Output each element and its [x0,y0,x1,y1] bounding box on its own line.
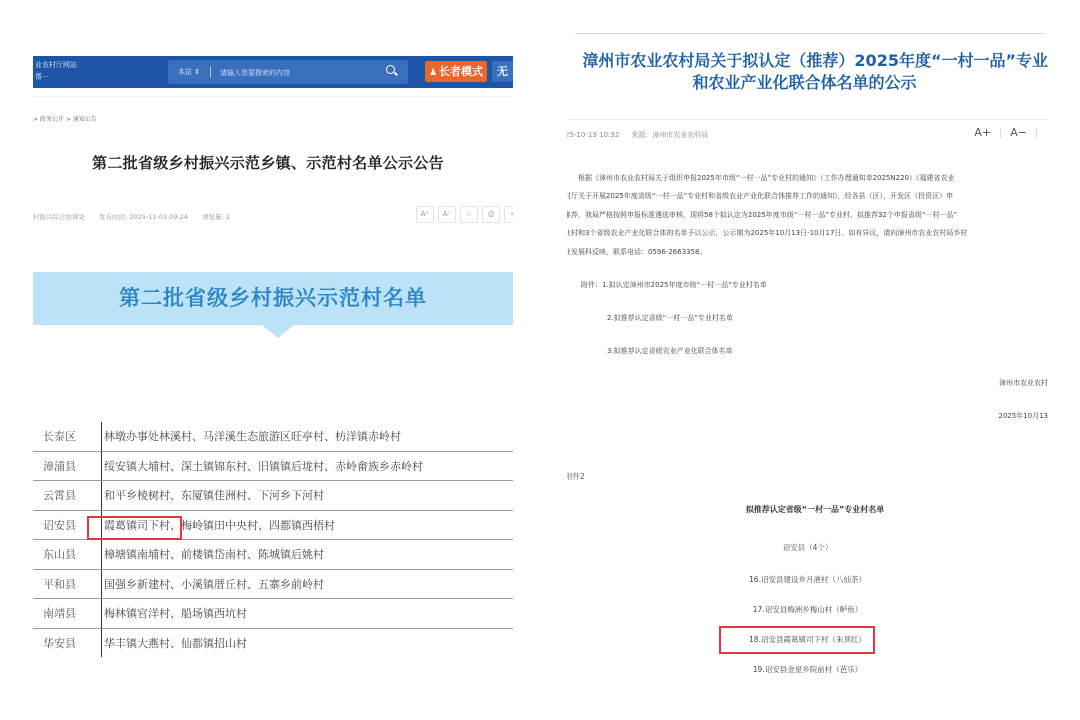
banner-title: 第二批省级乡村振兴示范村名单 [33,272,513,325]
article-meta: 村振兴综合协调处 发布时间: 2025-11-03 09:24 浏览量: 2 [33,212,242,221]
notice-meta: 25-10-13 10:32 来源：漳州市农业农村局 [567,130,718,140]
breadcrumb[interactable]: > 政务公开 > 通知公告 [33,114,97,123]
attachment-link-2[interactable]: 2.拟推荐认定省级“一村一品”专业村名单 [607,313,733,323]
county-cell: 华安县 [33,628,102,657]
county-cell: 平和县 [33,569,102,599]
villages-cell: 绥安镇大埔村、深土镇锦东村、旧镇镇后垅村、赤岭畲族乡赤岭村 [102,451,514,481]
font-decrease-icon[interactable]: A⁻ [438,206,456,223]
notice-body: 根据《漳州市农业农村局关于组织申报2025年市级“一村一品”专业村的通知》（工作… [567,169,1048,261]
table-row: 平和县国强乡新建村、小溪镇厝丘村、五寨乡前岭村 [33,569,513,599]
notice-title: 漳州市农业农村局关于拟认定（推荐）2025年度“一村一品”专业 和农业产业化联合… [567,50,1048,94]
font-increase-button[interactable]: A+ [974,126,991,139]
annex-title: 拟推荐认定省级“一村一品”专业村名单 [567,504,1048,515]
body-line: 根据《漳州市农业农村局关于组织申报2025年市级“一村一品”专业村的通知》（工作… [567,169,1048,187]
table-row: 长泰区林墩办事处林溪村、马洋溪生态旅游区旺亭村、枋洋镇赤岭村 [33,422,513,451]
favorite-star-icon[interactable]: ☆ [460,206,478,223]
article-source: 村振兴综合协调处 [33,213,85,221]
search-input[interactable] [218,62,372,84]
villages-cell: 樟塘镇南埔村、前楼镇岱南村、陈城镇后姚村 [102,540,514,570]
font-size-tools: A+|A−| [974,126,1046,139]
barrier-free-button[interactable]: 无 [492,61,513,82]
table-row: 南靖县梅林镇官洋村、船场镇西坑村 [33,599,513,629]
signature-org: 漳州市农业农村 [999,378,1048,388]
table-row: 华安县华丰镇大燕村、仙都镇招山村 [33,628,513,657]
county-cell: 东山县 [33,540,102,570]
annex-list-item: 17.诏安县梅洲乡梅山村（鲈鱼） [567,604,1048,615]
share-icon[interactable]: < [504,206,513,223]
attachment-link-1[interactable]: 附件：1.拟认定漳州市2025年度市级“一村一品”专业村名单 [581,280,767,290]
county-cell: 长泰区 [33,422,102,451]
villages-cell: 国强乡新建村、小溪镇厝丘村、五寨乡前岭村 [102,569,514,599]
body-line: 村厅关于开展2025年度省级“一村一品”专业村和省级农业产业化联合体推荐工作的通… [567,187,1048,205]
search-divider [210,66,211,78]
notice-datetime: 25-10-13 10:32 [567,131,619,139]
attachment-link-3[interactable]: 3.拟推荐认定省级农业产业化联合体名单 [607,346,733,356]
body-line: 业发展科反映，联系电话：0596-2663358。 [567,243,1048,261]
county-cell: 漳浦县 [33,451,102,481]
view-count: 浏览量: 2 [202,213,230,221]
divider [575,33,1045,34]
annex-list-item: 19.诏安县金星乡院前村（芭乐） [567,664,1048,675]
county-cell: 南靖县 [33,599,102,629]
table-row: 云霄县和平乡棱树村、东厦镇佳洲村、下河乡下河村 [33,481,513,511]
village-table: 长泰区林墩办事处林溪村、马洋溪生态旅游区旺亭村、枋洋镇赤岭村漳浦县绥安镇大埔村、… [33,422,513,657]
divider [33,96,513,97]
villages-cell: 梅林镇官洋村、船场镇西坑村 [102,599,514,629]
divider [567,119,1048,120]
site-header-bar: 业农村厅网站 帮一 本站 ⇕ ♟长者模式 无 [33,56,513,88]
villages-cell: 霞葛镇司下村、梅岭镇田中央村、四都镇西梧村 [102,510,514,540]
table-row: 漳浦县绥安镇大埔村、深土镇锦东村、旧镇镇后垅村、赤岭畲族乡赤岭村 [33,451,513,481]
elder-mode-button[interactable]: ♟长者模式 [425,61,487,82]
search-box: 本站 ⇕ [168,60,408,84]
body-line: 业村和3个省级农业产业化联合体的名单予以公示，公示期为2025年10月13日-1… [567,224,1048,242]
list-banner: 第二批省级乡村振兴示范村名单 [33,272,513,325]
site-name[interactable]: 业农村厅网站 帮一 [35,59,77,83]
county-cell: 云霄县 [33,481,102,511]
right-screenshot-panel: 漳州市农业农村局关于拟认定（推荐）2025年度“一村一品”专业 和农业产业化联合… [567,20,1048,700]
person-icon: ♟ [429,68,437,78]
divider: | [999,129,1002,139]
annex-label: 附件2 [567,471,585,482]
county-cell: 诏安县 [33,510,102,540]
left-screenshot-panel: 业农村厅网站 帮一 本站 ⇕ ♟长者模式 无 > 政务公开 > 通知公告 第二批… [33,56,513,676]
font-decrease-button[interactable]: A− [1010,126,1027,139]
body-line: 推荐，我局严格按照申报标准遴选审核，现将58个拟认定为2025年度市级“一村一品… [567,206,1048,224]
county-heading: 诏安县（4个） [567,542,1048,553]
search-scope-select[interactable]: 本站 ⇕ [178,60,200,84]
signature-date: 2025年10月13 [998,411,1048,421]
annex-list-item-highlighted: 18.诏安县霞葛镇司下村（朱顶红） [567,634,1048,645]
article-tools: A⁺ A⁻ ☆ ⎙ < [416,206,513,223]
article-title: 第二批省级乡村振兴示范乡镇、示范村名单公示公告 [33,152,503,173]
villages-cell: 和平乡棱树村、东厦镇佳洲村、下河乡下河村 [102,481,514,511]
search-icon[interactable] [386,65,396,75]
villages-cell: 林墩办事处林溪村、马洋溪生态旅游区旺亭村、枋洋镇赤岭村 [102,422,514,451]
notice-source: 来源：漳州市农业农村局 [631,131,708,139]
divider: | [1035,129,1038,139]
table-row: 诏安县霞葛镇司下村、梅岭镇田中央村、四都镇西梧村 [33,510,513,540]
villages-cell: 华丰镇大燕村、仙都镇招山村 [102,628,514,657]
table-row: 东山县樟塘镇南埔村、前楼镇岱南村、陈城镇后姚村 [33,540,513,570]
font-increase-icon[interactable]: A⁺ [416,206,434,223]
print-icon[interactable]: ⎙ [482,206,500,223]
banner-arrow-decoration [262,325,294,338]
annex-list-item: 16.诏安县建设乡月港村（八仙茶） [567,574,1048,585]
publish-time: 发布时间: 2025-11-03 09:24 [99,213,188,221]
